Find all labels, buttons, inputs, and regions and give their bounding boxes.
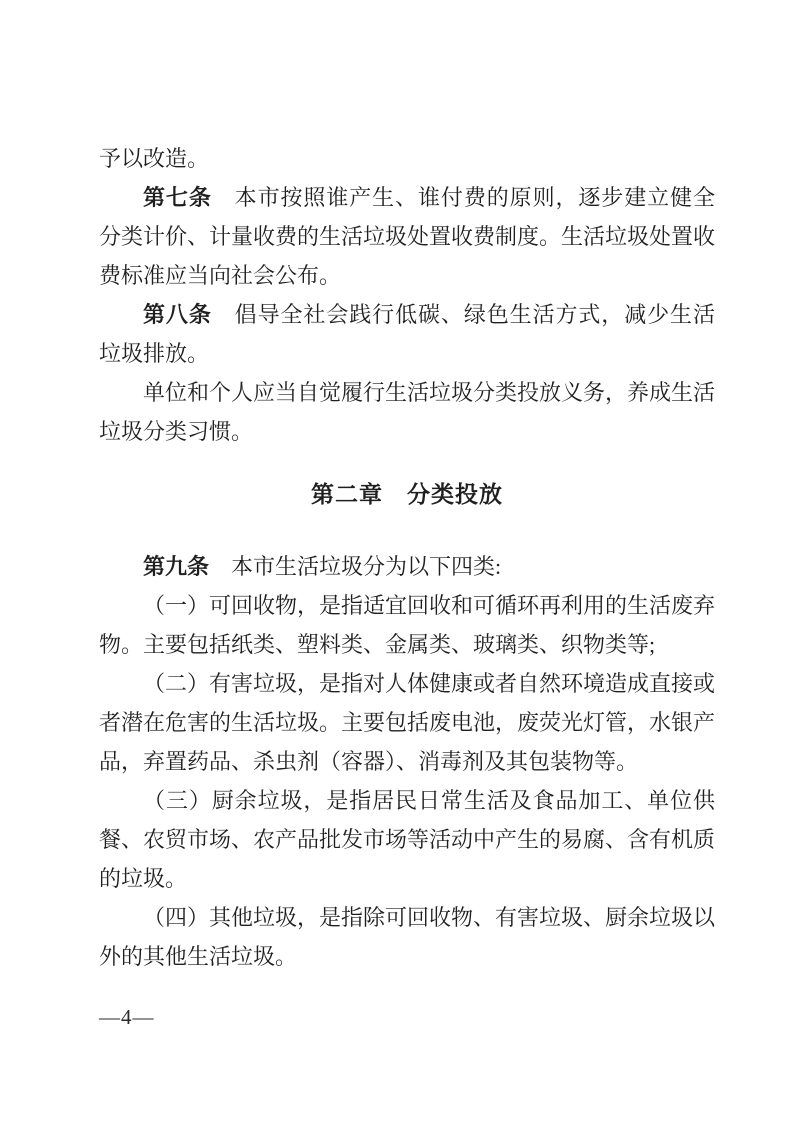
- paragraph-category-2-hazardous: （二）有害垃圾，是指对人体健康或者自然环境造成直接或者潜在危害的生活垃圾。主要包…: [99, 664, 715, 781]
- paragraph-article-8-clause-2: 单位和个人应当自觉履行生活垃圾分类投放义务，养成生活垃圾分类习惯。: [99, 373, 715, 451]
- paragraph-category-3-kitchen-waste: （三）厨余垃圾，是指居民日常生活及食品加工、单位供餐、农贸市场、农产品批发市场等…: [99, 781, 715, 898]
- paragraph-article-9: 第九条 本市生活垃圾分为以下四类:: [99, 547, 715, 586]
- paragraph-category-4-other: （四）其他垃圾，是指除可回收物、有害垃圾、厨余垃圾以外的其他生活垃圾。: [99, 898, 715, 976]
- paragraph-article-7: 第七条 本市按照谁产生、谁付费的原则，逐步建立健全分类计价、计量收费的生活垃圾处…: [99, 178, 715, 295]
- article-7-number: 第七条: [143, 185, 212, 210]
- paragraph-category-1-recyclables: （一）可回收物，是指适宜回收和可循环再利用的生活废弃物。主要包括纸类、塑料类、金…: [99, 586, 715, 664]
- paragraph-continuation: 予以改造。: [99, 139, 715, 178]
- article-9-number: 第九条: [143, 554, 209, 579]
- paragraph-article-8: 第八条 倡导全社会践行低碳、绿色生活方式，减少生活垃圾排放。: [99, 295, 715, 373]
- page-number: —4—: [99, 1005, 155, 1030]
- chapter-heading: 第二章 分类投放: [99, 475, 715, 514]
- document-page: 予以改造。 第七条 本市按照谁产生、谁付费的原则，逐步建立健全分类计价、计量收费…: [0, 0, 800, 1131]
- article-8-number: 第八条: [143, 302, 212, 327]
- document-body: 予以改造。 第七条 本市按照谁产生、谁付费的原则，逐步建立健全分类计价、计量收费…: [99, 139, 715, 976]
- article-9-text: 本市生活垃圾分为以下四类:: [209, 554, 501, 579]
